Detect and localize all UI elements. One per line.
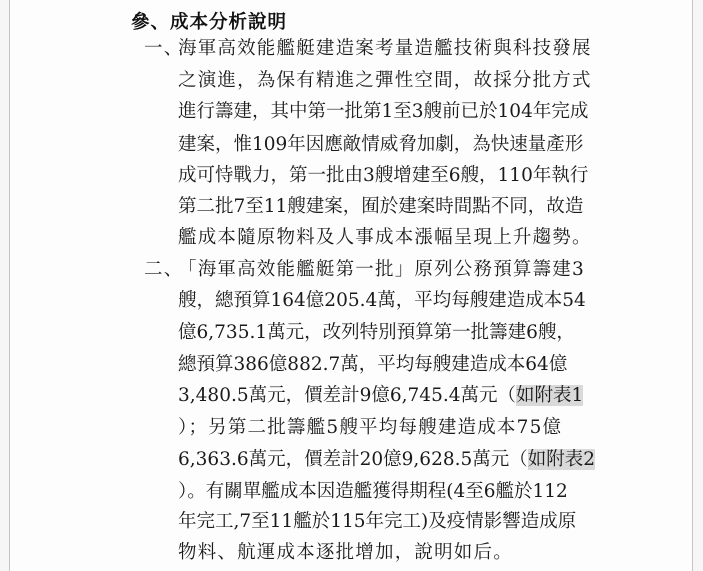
paragraph-2-line-6: ）；另第二批籌艦5艘平均每艘建造成本75億 [178, 417, 562, 439]
paragraph-1-line-3: 進行籌建，其中第一批第1至3艘前已於104年完成 [178, 101, 588, 123]
paragraph-2-line-7: 6,363.6萬元，價差計20億9,628.5萬元（如附表2 [178, 449, 595, 471]
paragraph-2-line-10: 物料、航運成本逐批增加，說明如后。 [178, 542, 513, 564]
paragraph-2-line-3: 億6,735.1萬元，改列特別預算第一批籌建6艘， [178, 322, 575, 344]
paragraph-2-line-8: ）。有關單艦成本因造艦獲得期程(4至6艦於112 [178, 481, 568, 503]
paragraph-1-line-4: 建案，惟109年因應敵情威脅加劇，為快速量產形 [178, 134, 583, 156]
paragraph-2-line-4: 總預算386億882.7萬，平均每艘建造成本64億 [178, 354, 567, 376]
paragraph-1-line-6: 第二批7至11艘建案，囿於建案時間點不同，故造 [178, 196, 583, 218]
line-5-text: 3,480.5萬元，價差計9億6,745.4萬元（ [178, 385, 516, 406]
line-7-text: 6,363.6萬元，價差計20億9,628.5萬元（ [178, 449, 528, 470]
paragraph-1-line-5: 成可恃戰力，第一批由3艘增建至6艘，110年執行 [178, 165, 588, 187]
paragraph-2-line-9: 年完工,7至11艦於115年完工)及疫情影響造成原 [178, 511, 576, 533]
paragraph-1-line-1: 海軍高效能艦艇建造案考量造艦技術與科技發展 [178, 38, 592, 60]
appendix-table-2-reference[interactable]: 如附表2 [528, 449, 595, 470]
paragraph-1-line-7: 艦成本隨原物料及人事成本漲幅呈現上升趨勢。 [178, 227, 592, 249]
appendix-table-1-reference[interactable]: 如附表1 [516, 385, 583, 406]
document-page: 參、成本分析說明 一、 海軍高效能艦艇建造案考量造艦技術與科技發展 之演進，為保… [9, 0, 693, 571]
paragraph-2-line-2: 艘，總預算164億205.4萬，平均每艘建造成本54 [178, 290, 586, 312]
paragraph-2-line-5: 3,480.5萬元，價差計9億6,745.4萬元（如附表1 [178, 385, 583, 407]
paragraph-1-line-2: 之演進，為保有精進之彈性空間，故採分批方式 [178, 70, 592, 92]
paragraph-2-line-1: 「海軍高效能艦艇第一批」原列公務預算籌建3 [178, 259, 585, 281]
section-heading: 參、成本分析說明 [131, 8, 287, 34]
